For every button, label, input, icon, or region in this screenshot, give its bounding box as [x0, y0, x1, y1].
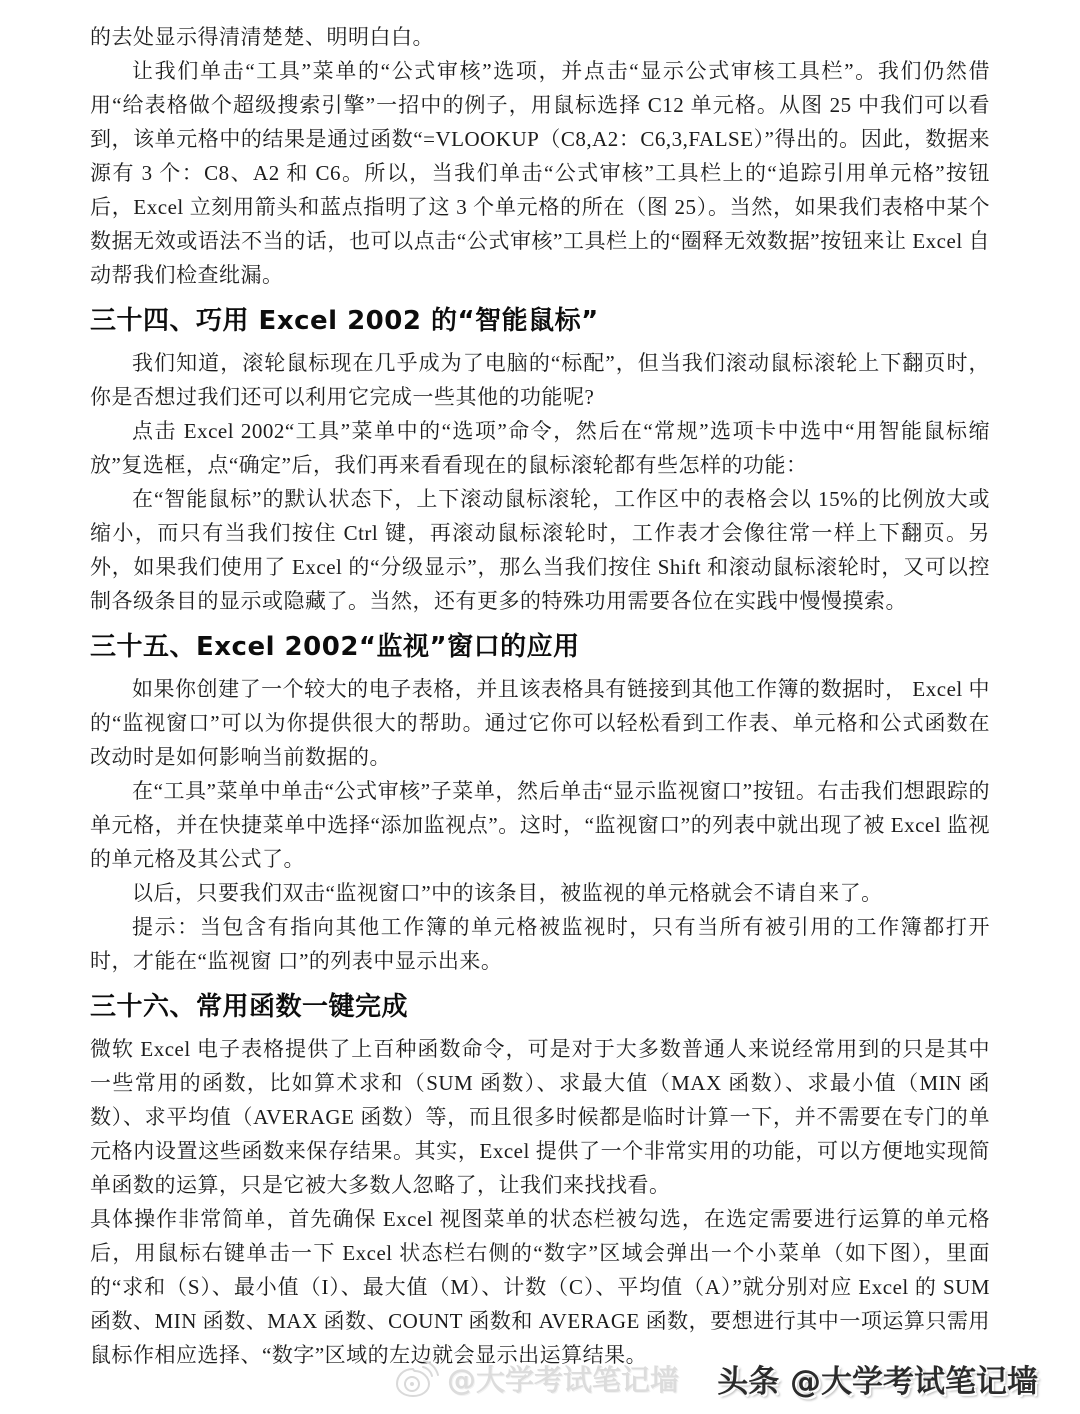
- weibo-icon: [393, 1359, 439, 1399]
- paragraph-options-setting: 点击 Excel 2002“工具”菜单中的“选项”命令，然后在“常规”选项卡中选…: [90, 414, 990, 482]
- weibo-watermark: @大学考试笔记墙: [393, 1358, 679, 1399]
- paragraph-watch-window-intro: 如果你创建了一个较大的电子表格，并且该表格具有链接到其他工作簿的数据时， Exc…: [90, 672, 990, 774]
- paragraph-watch-window-doubleclick: 以后，只要我们双击“监视窗口”中的该条目，被监视的单元格就会不请自来了。: [90, 876, 990, 910]
- document-page: { "document": { "blocks": [ { "type": "p…: [0, 0, 1080, 1414]
- weibo-watermark-text: @大学考试笔记墙: [447, 1358, 679, 1399]
- paragraph-watch-window-tip: 提示：当包含有指向其他工作簿的单元格被监视时，只有当所有被引用的工作簿都打开时，…: [90, 910, 990, 978]
- toutiao-watermark: 头条 @大学考试笔记墙: [717, 1356, 1038, 1401]
- section-heading-34: 三十四、巧用 Excel 2002 的“智能鼠标”: [90, 302, 990, 340]
- paragraph-watch-window-steps: 在“工具”菜单中单击“公式审核”子菜单，然后单击“显示监视窗口”按钮。右击我们想…: [90, 774, 990, 876]
- paragraph-continuation: 的去处显示得清清楚楚、明明白白。: [90, 20, 990, 54]
- section-heading-36: 三十六、常用函数一键完成: [90, 988, 990, 1026]
- paragraph-statusbar-operation: 具体操作非常简单，首先确保 Excel 视图菜单的状态栏被勾选，在选定需要进行运…: [90, 1202, 990, 1372]
- paragraph-common-functions: 微软 Excel 电子表格提供了上百种函数命令，可是对于大多数普通人来说经常用到…: [90, 1032, 990, 1202]
- page-content: 的去处显示得清清楚楚、明明白白。 让我们单击“工具”菜单的“公式审核”选项，并点…: [0, 0, 1080, 1372]
- paragraph-formula-audit: 让我们单击“工具”菜单的“公式审核”选项，并点击“显示公式审核工具栏”。我们仍然…: [90, 54, 990, 292]
- paragraph-wheel-mouse-intro: 我们知道，滚轮鼠标现在几乎成为了电脑的“标配”，但当我们滚动鼠标滚轮上下翻页时，…: [90, 346, 990, 414]
- section-heading-35: 三十五、Excel 2002“监视”窗口的应用: [90, 628, 990, 666]
- paragraph-smart-mouse-behavior: 在“智能鼠标”的默认状态下，上下滚动鼠标滚轮，工作区中的表格会以 15%的比例放…: [90, 482, 990, 618]
